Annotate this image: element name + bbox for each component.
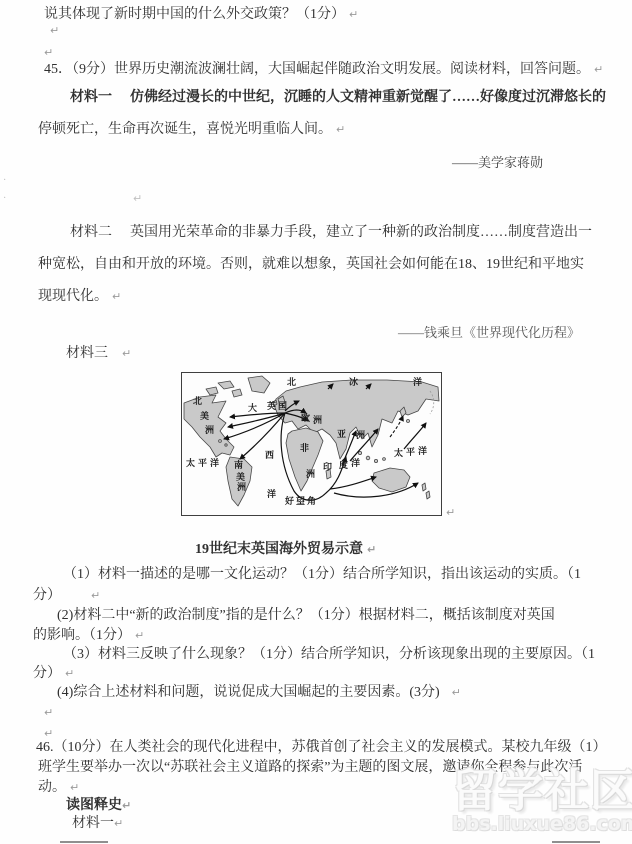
- question-45-2-line-2: 的影响。（1分）↵: [33, 627, 144, 644]
- paragraph-mark: ↵: [112, 290, 121, 303]
- material-2-source: ——钱乘旦《世界现代化历程》: [398, 324, 580, 341]
- map-label: 洲: [313, 416, 324, 425]
- watermark-site-url: bbs.liuxue86.com: [452, 814, 632, 834]
- paragraph-mark: ↵: [446, 504, 455, 521]
- material-1-line-2: 停顿死亡，生命再次诞生，喜悦光明重临人间。↵: [38, 121, 345, 138]
- material-1-label: 材料一: [70, 90, 112, 105]
- paragraph-mark: ↵: [594, 63, 603, 76]
- question-45-4: (4)综合上述材料和问题，说说促成大国崛起的主要因素。(3分)↵: [57, 684, 461, 701]
- map-label: 美: [200, 412, 211, 421]
- paragraph-mark: ↵: [122, 347, 131, 360]
- map-label: 亚: [337, 430, 348, 439]
- material-2-line-2: 种宽松，自由和开放的环境。否则，就难以想象，英国社会如何能在18、19世纪和平地…: [38, 256, 584, 273]
- map-label: 冰: [349, 378, 360, 387]
- map-label: 洲: [356, 431, 367, 440]
- map-label: 度: [339, 461, 350, 470]
- material-3-label: 材料三↵: [66, 345, 131, 362]
- paragraph-mark: ↵: [70, 781, 79, 794]
- map-label: 印: [323, 463, 334, 472]
- paragraph-mark: ↵: [135, 629, 144, 642]
- material-1-source: ——美学家蒋勋: [452, 154, 543, 171]
- paragraph-mark: ↵: [65, 667, 74, 680]
- exam-paper-page: 说其体现了新时期中国的什么外交政策？（1分）↵ ↵ ↵ 45．（9分）世界历史潮…: [0, 0, 632, 844]
- map-label: 太: [186, 459, 197, 468]
- scan-artifact: ·: [3, 172, 6, 189]
- map-label: 洋: [210, 459, 221, 468]
- table-edge-fragment: [552, 841, 600, 843]
- question-46-material-1-label: 材料一↵: [72, 815, 123, 832]
- map-label: 西: [265, 451, 276, 460]
- map-label: 大: [248, 404, 259, 413]
- question-45-2-line-1: (2)材料二中“新的政治制度”指的是什么？（1分）根据材料二，概括该制度对英国: [57, 607, 555, 624]
- map-label: 好望角: [285, 497, 318, 506]
- trade-map: 北冰洋北美洲大英国欧洲亚洲非洲西洋太平洋南美洲印度洋太平洋好望角: [181, 372, 442, 516]
- scan-artifact: ↵: [133, 190, 142, 207]
- material-2-line-3: 现现代化。↵: [38, 288, 121, 305]
- map-label: 美: [236, 473, 247, 482]
- paragraph-mark: ↵: [50, 22, 59, 39]
- map-label: 洲: [306, 470, 317, 479]
- site-watermark: 留学社区 bbs.liuxue86.com: [452, 768, 632, 834]
- question-46-line-1: 46.（10分）在人类社会的现代化进程中，苏俄首创了社会主义的发展模式。某校九年…: [36, 739, 607, 756]
- map-label: 南: [234, 461, 245, 470]
- paragraph-mark: ↵: [44, 704, 53, 721]
- map-label: 洲: [237, 483, 248, 492]
- map-label: 洲: [205, 426, 216, 435]
- question-46-line-2: 班学生要举办一次以“苏联社会主义道路的探索”为主题的图文展，邀请你全程参与此次活: [38, 759, 582, 776]
- map-label: 洋: [351, 459, 362, 468]
- map-label: 北: [193, 397, 204, 406]
- map-label: 平: [406, 448, 417, 457]
- question-45-stem: 45．（9分）世界历史潮流波澜壮阔，大国崛起伴随政治文明发展。阅读材料，回答问题…: [44, 61, 603, 78]
- map-label: 北: [287, 378, 298, 387]
- paragraph-mark: ↵: [122, 799, 131, 812]
- map-label: 洋: [267, 490, 278, 499]
- question-45-3-line-1: （3）材料三反映了什么现象？（1分）结合所学知识，分析该现象出现的主要原因。（1: [63, 646, 595, 663]
- map-label: 洋: [413, 378, 424, 387]
- paragraph-mark: ↵: [91, 589, 100, 602]
- material-2-label: 材料二: [70, 225, 112, 240]
- paragraph-mark: ↵: [349, 8, 358, 21]
- paragraph-mark: ↵: [452, 686, 461, 699]
- paragraph-mark: ↵: [336, 123, 345, 136]
- paragraph-mark: ↵: [114, 817, 123, 830]
- material-1-line-1: 材料一仿佛经过漫长的中世纪，沉睡的人文精神重新觉醒了……好像度过沉滞悠长的: [70, 89, 606, 106]
- map-label: 平: [198, 459, 209, 468]
- map-label: 英国: [267, 402, 289, 411]
- scan-artifact: ·: [3, 190, 6, 207]
- question-45-1-line-2: 分）↵: [33, 587, 100, 604]
- table-edge-fragment: [60, 841, 108, 843]
- map-label: 欧: [301, 414, 312, 423]
- paragraph-mark: ↵: [367, 543, 376, 556]
- map-label: 洋: [418, 447, 429, 456]
- material-2-line-1: 材料二英国用光荣革命的非暴力手段，建立了一种新的政治制度……制度营造出一: [70, 224, 592, 241]
- question-46-line-3: 动。↵: [38, 779, 79, 796]
- map-label: 非: [300, 444, 311, 453]
- question-45-3-line-2: 分）↵: [33, 665, 74, 682]
- map-label: 太: [394, 449, 405, 458]
- question-44-tail: 说其体现了新时期中国的什么外交政策？（1分）↵: [44, 6, 358, 23]
- map-caption: 19世纪末英国海外贸易示意↵: [195, 538, 376, 558]
- question-46-heading: 读图释史↵: [66, 797, 131, 814]
- question-45-1-line-1: （1）材料一描述的是哪一文化运动？（1分）结合所学知识，指出该运动的实质。（1: [63, 566, 581, 583]
- paragraph-mark: ↵: [44, 44, 53, 61]
